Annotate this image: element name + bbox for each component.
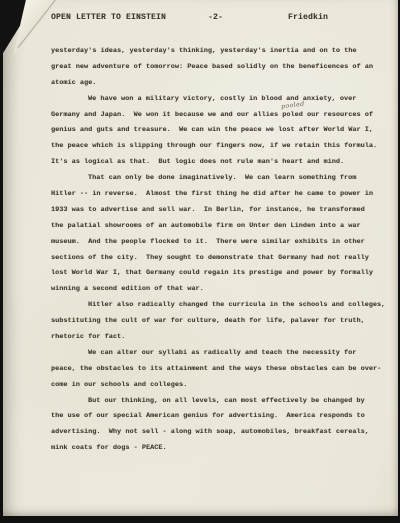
text-line: Hitler also radically changed the curric… xyxy=(51,298,387,314)
text-line: the use of our special American genius f… xyxy=(51,409,387,425)
text-line: genius and guts and treasure. We can win… xyxy=(51,123,387,139)
handwritten-correction: pooled xyxy=(281,102,305,111)
text-line: peace, the obstacles to its attainment a… xyxy=(51,362,387,378)
paragraph: That can only be done imaginatively. We … xyxy=(51,171,387,298)
paragraph: But our thinking, on all levels, can mos… xyxy=(51,394,387,458)
text-line: rhetoric for fact. xyxy=(51,330,387,346)
paragraph: We have won a military victory, costly i… xyxy=(51,92,387,171)
letter-header: OPEN LETTER TO EINSTEIN -2- Friedkin xyxy=(51,13,372,24)
letter-body: yesterday's ideas, yesterday's thinking,… xyxy=(51,44,387,457)
text-line: the peace which is slipping through our … xyxy=(51,139,387,155)
paragraph: We can alter our syllabi as radically an… xyxy=(51,346,387,394)
text-line: the palatial showrooms of an automobile … xyxy=(51,219,387,235)
author-name: Friedkin xyxy=(288,13,328,22)
text-line: great new adventure of tomorrow: Peace b… xyxy=(51,60,387,76)
document-title: OPEN LETTER TO EINSTEIN xyxy=(51,13,166,22)
text-line: lost World War I, that Germany could reg… xyxy=(51,266,387,282)
text-line: substituting the cult of war for culture… xyxy=(51,314,387,330)
text-line: come in our schools and colleges. xyxy=(51,378,387,394)
text-line: sections of the city. They sought to dem… xyxy=(51,251,387,267)
scanned-letter-page: { "document": { "header": { "title": "OP… xyxy=(0,0,400,523)
paragraph: Hitler also radically changed the curric… xyxy=(51,298,387,346)
text-line: That can only be done imaginatively. We … xyxy=(51,171,387,187)
corrected-word: poledpooled xyxy=(282,111,303,119)
text-line: atomic age. xyxy=(51,76,387,92)
text-line: winning a second edition of that war. xyxy=(51,282,387,298)
text-line: Germany and Japan. We won it because we … xyxy=(51,108,387,124)
text-line: advertising. Why not sell - along with s… xyxy=(51,425,387,441)
text-line: 1933 was to advertise and sell war. In B… xyxy=(51,203,387,219)
text-line: museum. And the people flocked to it. Th… xyxy=(51,235,387,251)
text-line: We can alter our syllabi as radically an… xyxy=(51,346,387,362)
text-line: We have won a military victory, costly i… xyxy=(51,92,387,108)
page-number: -2- xyxy=(208,13,223,22)
text-line: Hitler -- in reverse. Almost the first t… xyxy=(51,187,387,203)
text-line: It's as logical as that. But logic does … xyxy=(51,155,387,171)
text-line: yesterday's ideas, yesterday's thinking,… xyxy=(51,44,387,60)
text-line: mink coats for dogs - PEACE. xyxy=(51,441,387,457)
text-line: But our thinking, on all levels, can mos… xyxy=(51,394,387,410)
paper-sheet: OPEN LETTER TO EINSTEIN -2- Friedkin yes… xyxy=(3,0,398,516)
paragraph: yesterday's ideas, yesterday's thinking,… xyxy=(51,44,387,92)
